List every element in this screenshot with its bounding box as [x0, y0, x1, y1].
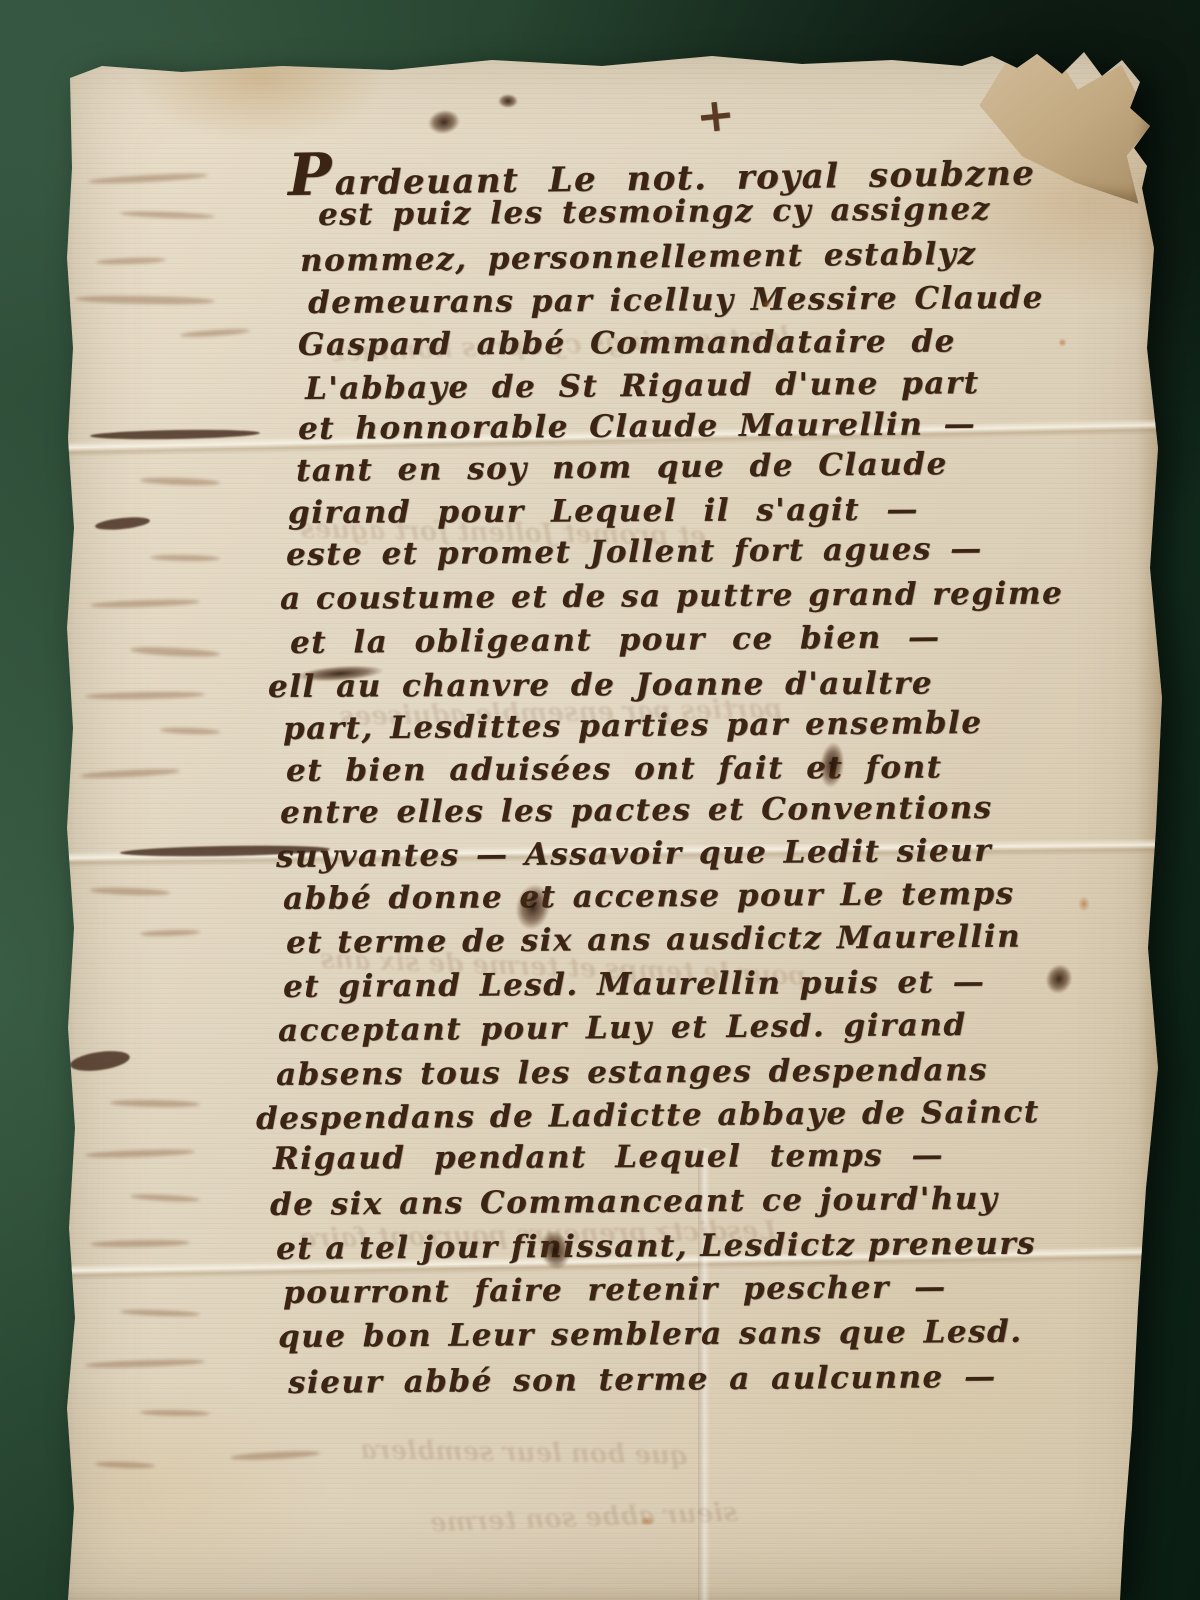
manuscript-line-6: L'abbaye de St Rigaud d'une part [305, 368, 980, 405]
manuscript-line-4: demeurans par icelluy Messire Claude [308, 283, 1044, 319]
manuscript-line-25: de six ans Commanceant ce jourd'huy [270, 1184, 999, 1221]
manuscript-line-14: part, Lesdittes parties par ensemble [283, 708, 983, 745]
manuscript-line-7: et honnorable Claude Maurellin — [298, 409, 976, 445]
manuscript-line-16: entre elles les pactes et Conventions [280, 793, 993, 829]
foxing-spot-1 [1078, 896, 1090, 912]
manuscript-line-26: et a tel jour finissant, Lesdictz preneu… [276, 1229, 1036, 1265]
manuscript-line-10: este et promet Jollent fort agues — [286, 534, 983, 571]
manuscript-line-8: tant en soy nom que de Claude [296, 449, 948, 487]
foxing-spot-4 [640, 1516, 654, 1526]
manuscript-line-29: sieur abbé son terme a aulcunne — [288, 1362, 997, 1399]
foxing-spot-2 [1058, 338, 1067, 347]
manuscript-line-28: que bon Leur semblera sans que Lesd. [278, 1317, 1023, 1353]
manuscript-line-17: suyvantes — Assavoir que Ledit sieur [276, 836, 992, 873]
text-layer: + Pardeuant Le not. royal soubzneest pui… [0, 0, 1200, 1600]
manuscript-line-9: girand pour Lequel il s'agit — [288, 495, 919, 529]
manuscript-line-18: abbé donne et accense pour Le temps [283, 879, 1015, 915]
invocation-cross-mark: + [694, 90, 737, 140]
manuscript-line-12: et la obligeant pour ce bien — [290, 622, 941, 659]
manuscript-line-23: despendans de Ladictte abbaye de Sainct [256, 1097, 1040, 1135]
manuscript-line-22: absens tous les estanges despendans [276, 1055, 988, 1091]
manuscript-line-21: acceptant pour Luy et Lesd. girand [278, 1010, 967, 1047]
manuscript-photo: les tesmoings cy apres nommezet promet J… [0, 0, 1200, 1600]
manuscript-line-27: pourront faire retenir pescher — [283, 1272, 947, 1309]
ink-blot-7 [1042, 960, 1077, 997]
manuscript-line-11: a coustume et de sa puttre grand regime [280, 579, 1063, 615]
ink-blot-1 [426, 107, 462, 136]
manuscript-line-20: et girand Lesd. Maurellin puis et — [283, 967, 985, 1003]
foxing-spot-3 [762, 300, 772, 308]
manuscript-line-24: Rigaud pendant Lequel temps — [273, 1140, 944, 1175]
manuscript-line-2: est puiz les tesmoingz cy assignez [318, 194, 991, 231]
manuscript-line-3: nommez, personnellement establyz [300, 239, 977, 277]
ink-blot-2 [498, 94, 518, 108]
manuscript-line-5: Gaspard abbé Commandataire de [298, 327, 956, 361]
manuscript-line-19: et terme de six ans ausdictz Maurellin [286, 922, 1021, 959]
